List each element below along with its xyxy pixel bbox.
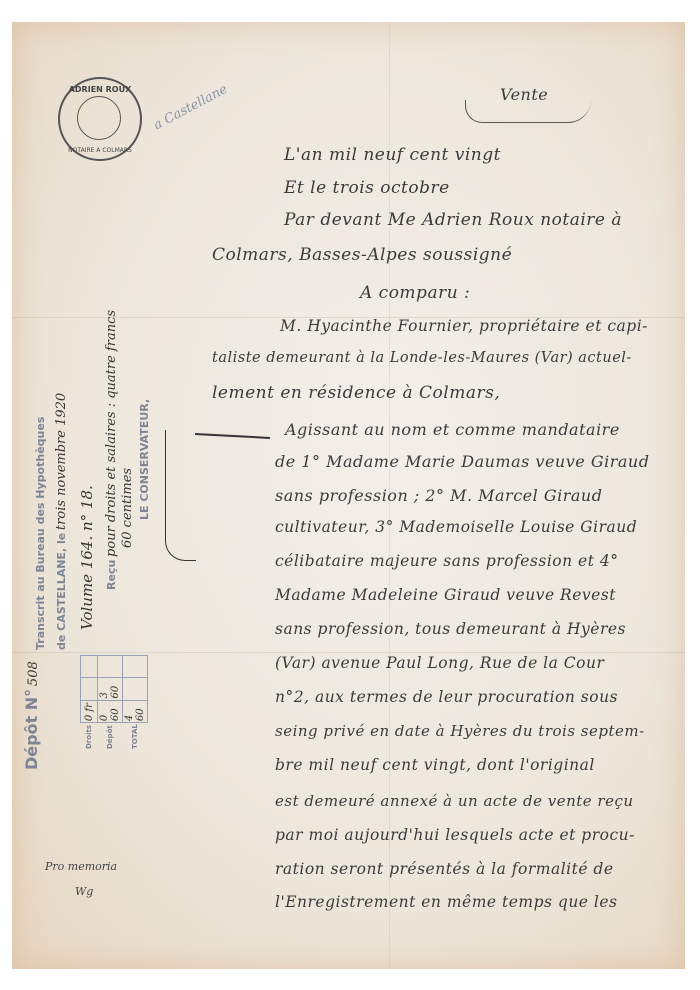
body-line: ration seront présentés à la formalité d… bbox=[275, 860, 614, 878]
body-line: n°2, aux termes de leur procuration sous bbox=[275, 688, 618, 706]
grid-value: 4 60 bbox=[123, 700, 148, 723]
centimes-line: 60 centimes bbox=[120, 468, 135, 548]
body-line: L'an mil neuf cent vingt bbox=[284, 145, 501, 165]
body-line: de 1° Madame Marie Daumas veuve Giraud bbox=[275, 452, 649, 471]
body-line: taliste demeurant à la Londe-les-Maures … bbox=[212, 350, 632, 366]
notary-stamp: ADRIEN ROUX NOTAIRE A COLMARS bbox=[58, 77, 142, 161]
body-line: (Var) avenue Paul Long, Rue de la Cour bbox=[275, 654, 604, 672]
conservateur-signature-flourish bbox=[165, 430, 196, 561]
title-flourish bbox=[465, 100, 591, 123]
grid-value: 3 60 bbox=[98, 677, 123, 700]
body-line: célibataire majeure sans profession et 4… bbox=[275, 552, 618, 570]
body-line: l'Enregistrement en même temps que les bbox=[275, 893, 618, 911]
body-line: par moi aujourd'hui lesquels acte et pro… bbox=[275, 826, 635, 844]
stamp-inner-ring bbox=[77, 96, 121, 140]
conservateur-line: LE CONSERVATEUR, bbox=[138, 399, 151, 520]
volume-line: Volume 164. n° 18. bbox=[78, 485, 96, 630]
body-line: seing privé en date à Hyères du trois se… bbox=[275, 722, 645, 740]
body-line: sans profession, tous demeurant à Hyères bbox=[275, 620, 626, 638]
grid-value: 0 fr bbox=[81, 700, 98, 723]
body-line: M. Hyacinthe Fournier, propriétaire et c… bbox=[280, 317, 648, 335]
body-line: lement en résidence à Colmars, bbox=[212, 383, 500, 403]
body-line: Agissant au nom et comme mandataire bbox=[285, 420, 620, 439]
grid-cell bbox=[81, 656, 98, 678]
transcription-stamp: Dépôt N° 508 Transcrit au Bureau des Hyp… bbox=[20, 330, 160, 770]
fee-grid: Droits 0 fr Dépôt 0 60 3 60 TOTAL 4 60 bbox=[80, 655, 180, 750]
margin-note: Pro memoria bbox=[45, 860, 117, 873]
body-line: sans profession ; 2° M. Marcel Giraud bbox=[275, 486, 602, 505]
grid-cell bbox=[98, 656, 123, 678]
stamp-top-text: ADRIEN ROUX bbox=[60, 85, 140, 94]
castellane-line: de CASTELLANE, le trois novembre 1920 bbox=[54, 393, 69, 650]
grid-cell bbox=[123, 677, 148, 700]
body-line: cultivateur, 3° Mademoiselle Louise Gira… bbox=[275, 518, 637, 536]
body-line: A comparu : bbox=[360, 283, 470, 303]
grid-value: 0 60 bbox=[98, 700, 123, 723]
body-line: Par devant Me Adrien Roux notaire à bbox=[284, 210, 622, 230]
recu-line: Reçu pour droits et salaires : quatre fr… bbox=[104, 310, 119, 590]
body-line: Et le trois octobre bbox=[284, 178, 450, 198]
body-line: bre mil neuf cent vingt, dont l'original bbox=[275, 756, 595, 774]
depot-line: Dépôt N° 508 bbox=[22, 661, 41, 770]
transcrit-line: Transcrit au Bureau des Hypothèques bbox=[34, 417, 47, 650]
grid-cell bbox=[81, 677, 98, 700]
margin-note-initials: Wg bbox=[75, 885, 93, 898]
grid-label: Dépôt bbox=[98, 723, 123, 750]
body-line: Colmars, Basses-Alpes soussigné bbox=[212, 245, 512, 265]
stamp-bottom-text: NOTAIRE A COLMARS bbox=[60, 147, 140, 154]
grid-cell bbox=[123, 656, 148, 678]
body-line: Madame Madeleine Giraud veuve Revest bbox=[275, 586, 616, 604]
grid-label: TOTAL bbox=[123, 723, 148, 750]
grid-label: Droits bbox=[81, 723, 98, 750]
body-line: est demeuré annexé à un acte de vente re… bbox=[275, 792, 634, 810]
